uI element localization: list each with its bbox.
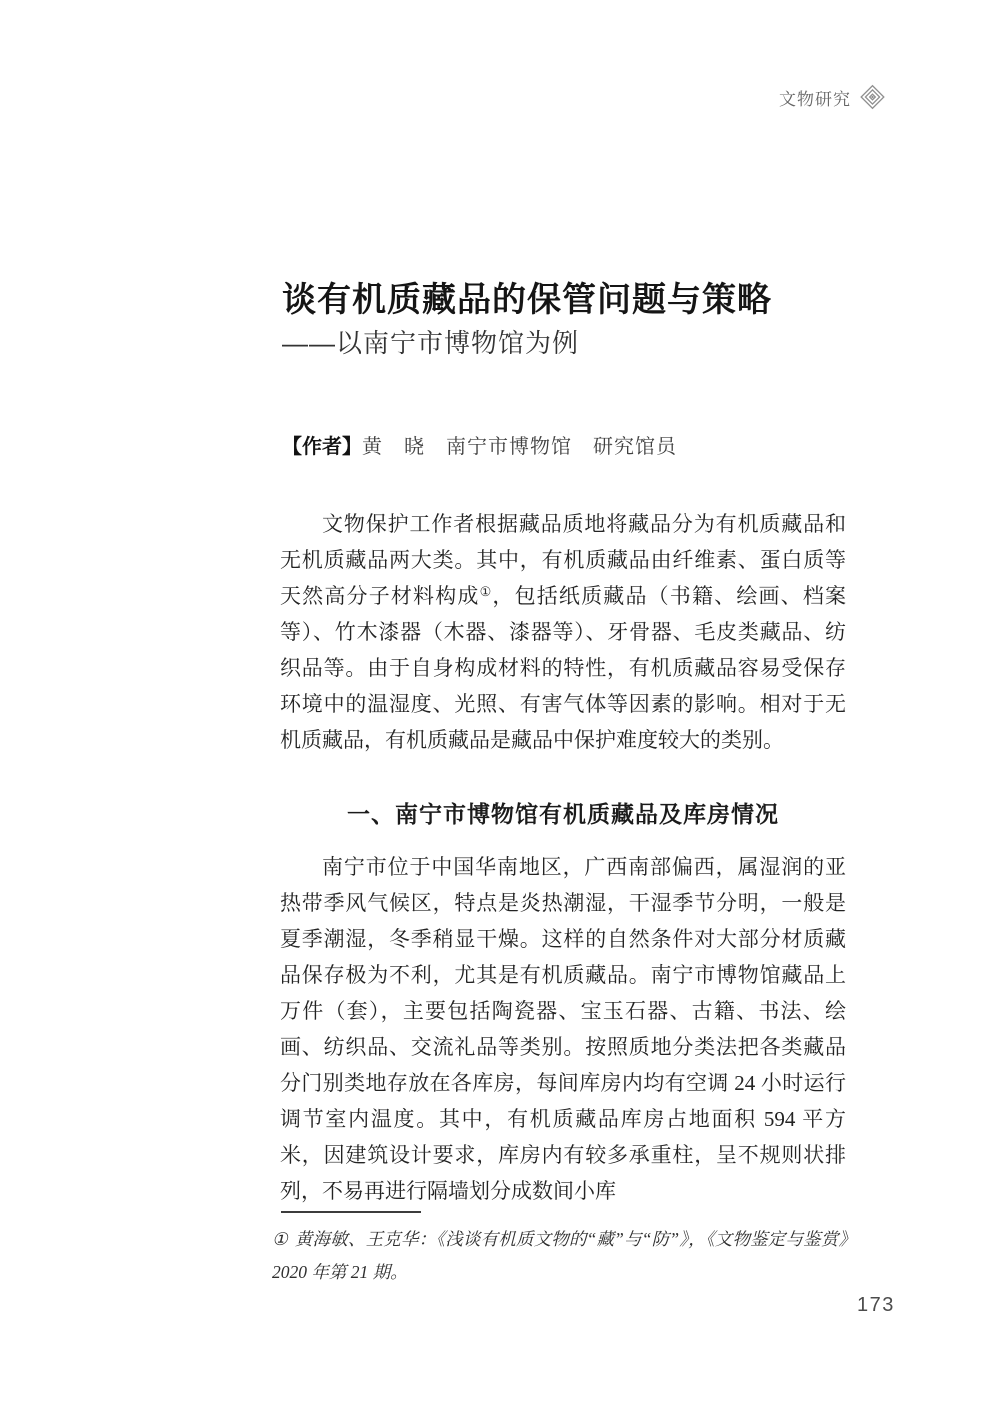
footnote-text: 黄海敏、王克华：《浅谈有机质文物的“藏”与“防”》，《文物鉴定与鉴赏》2020 … [272,1229,856,1282]
intro-paragraph-text-after-note: ，包括纸质藏品（书籍、绘画、档案等）、竹木漆器（木器、漆器等）、牙骨器、毛皮类藏… [280,584,846,752]
article-subtitle: ——以南宁市博物馆为例 [282,323,579,360]
footnote-divider [281,1211,421,1213]
article-title: 谈有机质藏品的保管问题与策略 [282,272,772,321]
footnote: ①黄海敏、王克华：《浅谈有机质文物的“藏”与“防”》，《文物鉴定与鉴赏》2020… [272,1223,856,1289]
running-head-label: 文物研究 [779,85,851,110]
byline: 【作者】黄 晓 南宁市博物馆 研究馆员 [282,430,677,459]
section-heading: 一、南宁市博物馆有机质藏品及库房情况 [280,796,846,829]
intro-paragraph: 文物保护工作者根据藏品质地将藏品分为有机质藏品和无机质藏品两大类。其中，有机质藏… [280,506,846,758]
journal-page: 文物研究 谈有机质藏品的保管问题与策略 ——以南宁市博物馆为例 【作者】黄 晓 … [0,0,1000,1415]
byline-value: 黄 晓 南宁市博物馆 研究馆员 [362,436,677,458]
diamond-ornament-icon [860,84,885,110]
footnote-reference-mark: ① [480,584,493,599]
section-paragraph: 南宁市位于中国华南地区，广西南部偏西，属湿润的亚热带季风气候区，特点是炎热潮湿，… [280,849,846,1209]
running-head: 文物研究 [0,84,885,110]
footnote-mark: ① [272,1229,288,1249]
page-number: 173 [857,1294,895,1317]
byline-label: 【作者】 [282,436,362,458]
